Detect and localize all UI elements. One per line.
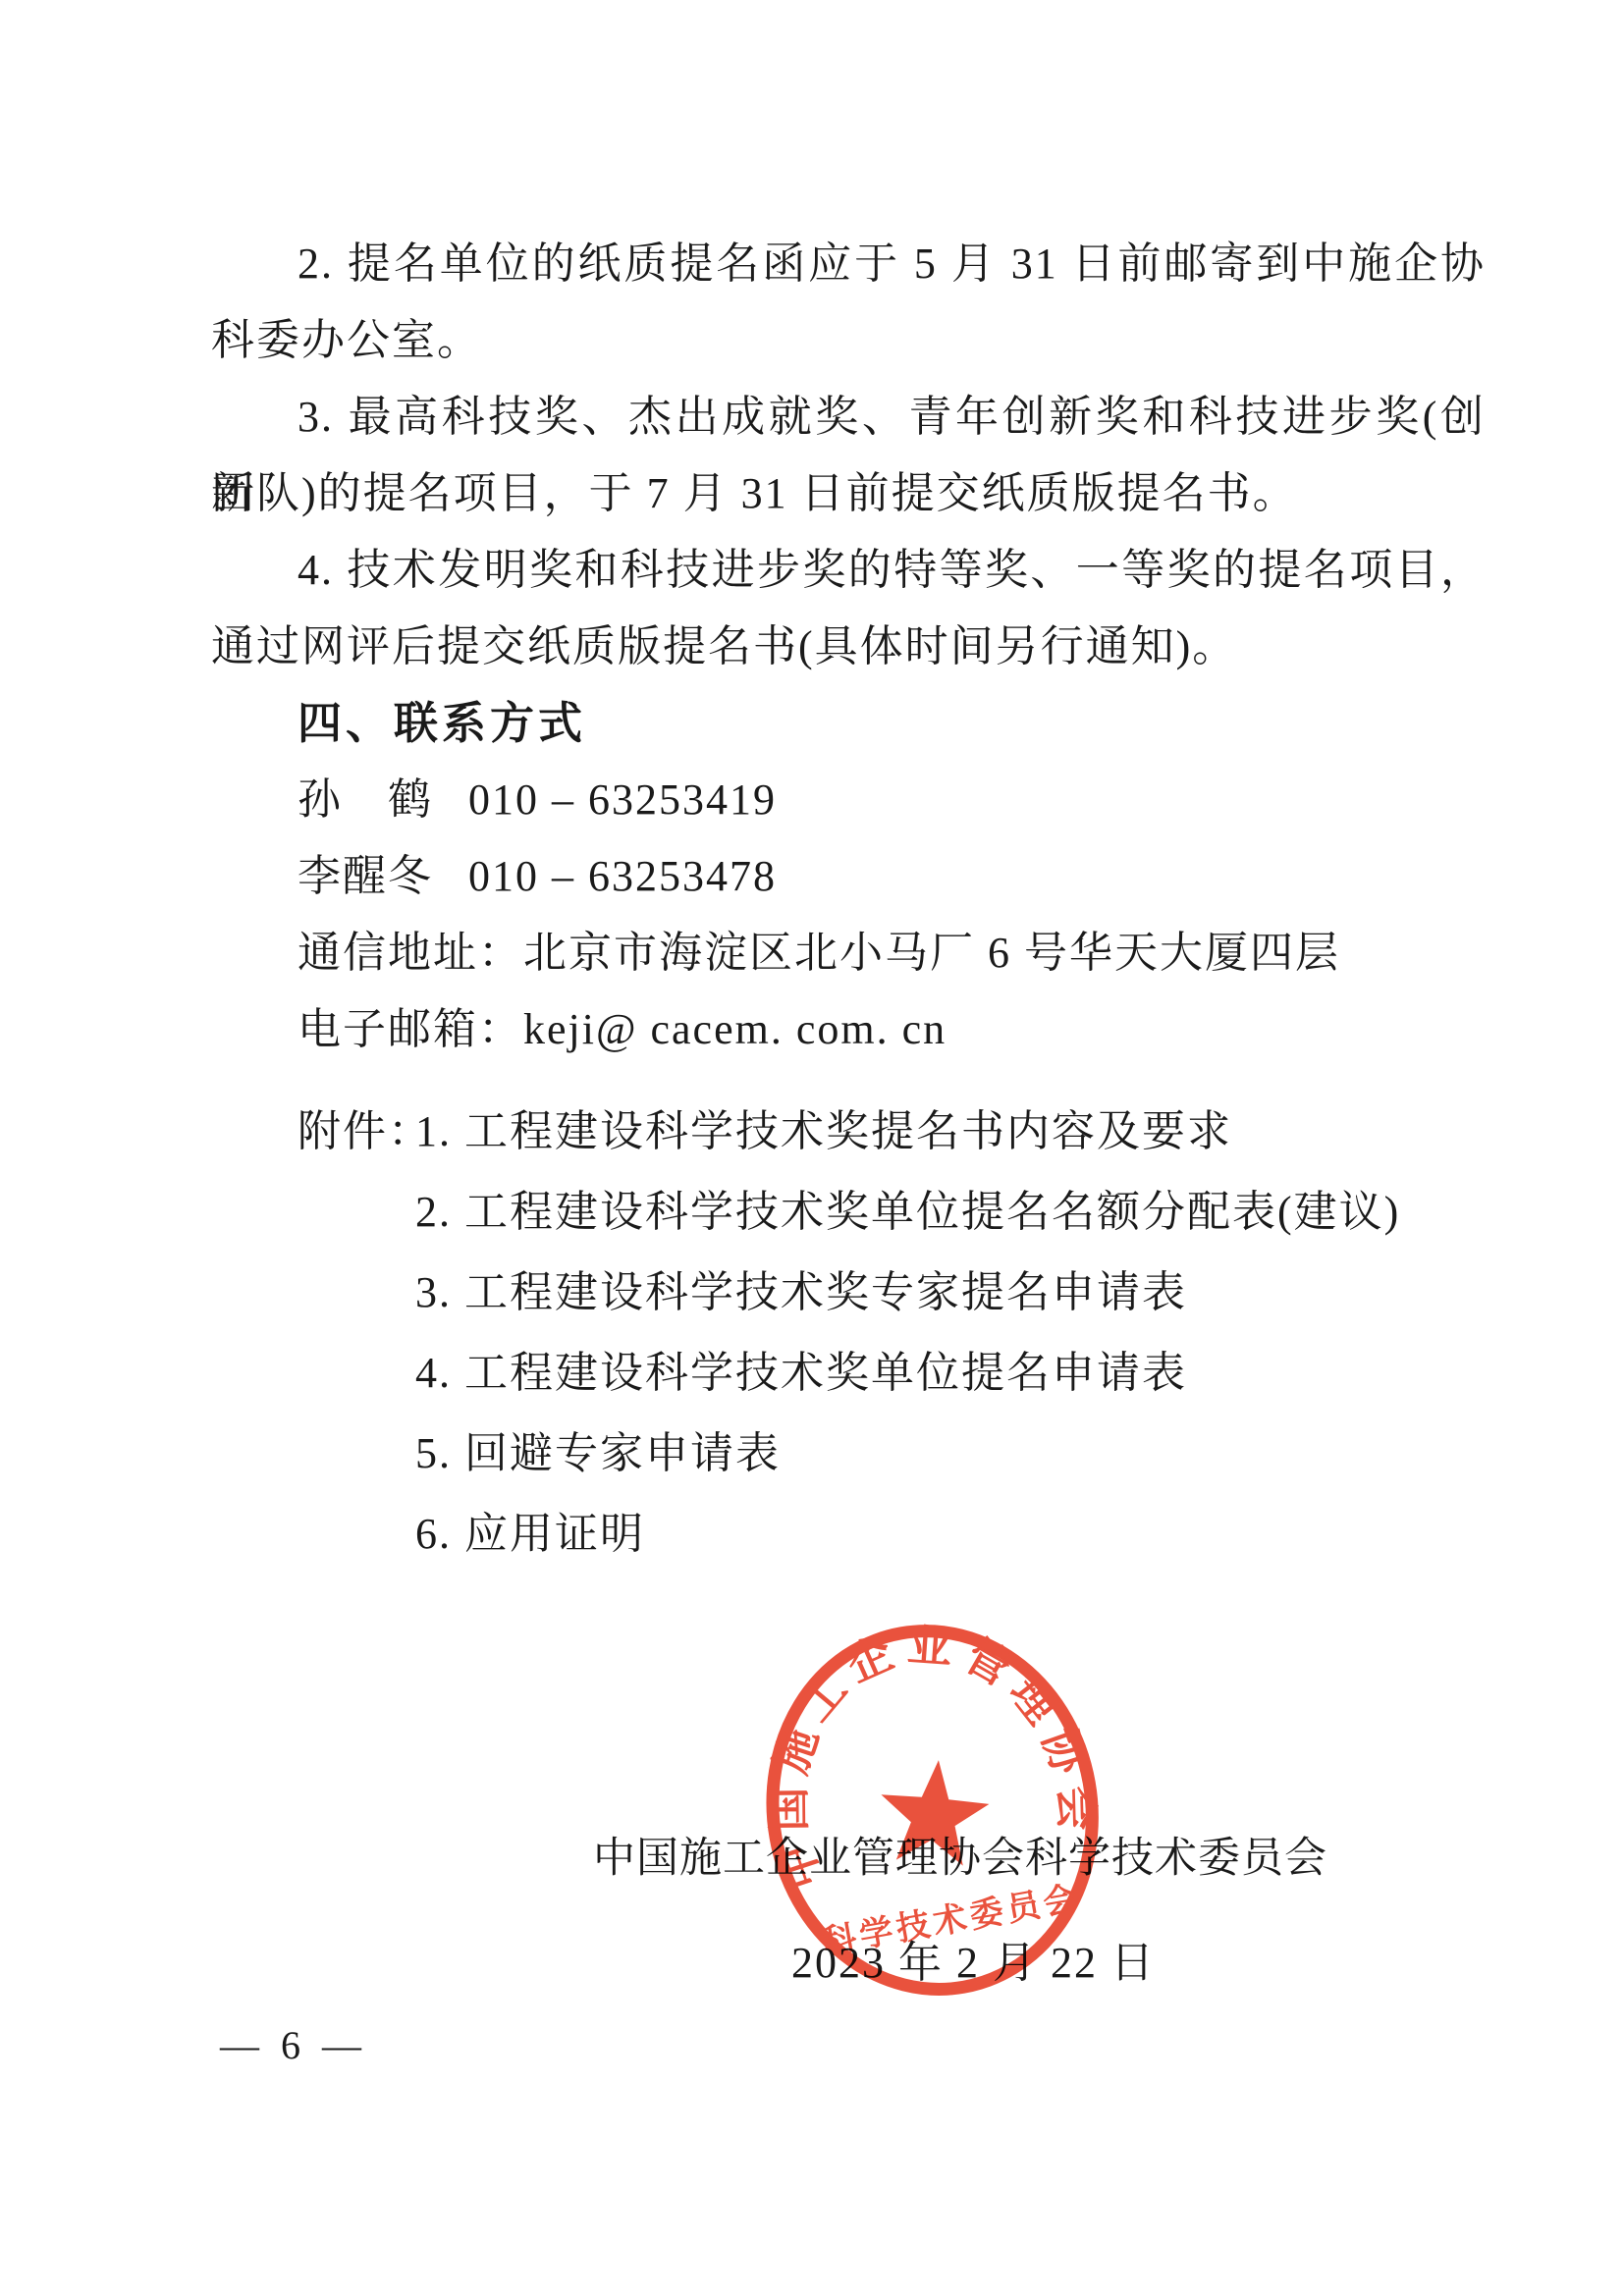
attachments-list: 附件：1. 工程建设科学技术奖提名书内容及要求 2. 工程建设科学技术奖单位提名… — [298, 1092, 1486, 1575]
contact-name: 孙 鹤 — [298, 762, 429, 838]
address-value: 北京市海淀区北小马厂 6 号华天大厦四层 — [523, 929, 1340, 977]
contact-line: 孙 鹤010 – 63253419 — [211, 762, 1486, 838]
issuer-signature: 中国施工企业管理协会科学技术委员会 — [593, 1832, 1327, 1887]
address-label: 通信地址： — [298, 929, 523, 977]
attachment-item: 3. 工程建设科学技术奖专家提名申请表 — [415, 1253, 1486, 1333]
attachment-line: 附件：1. 工程建设科学技术奖提名书内容及要求 — [298, 1092, 1486, 1172]
email-label: 电子邮箱： — [298, 1005, 523, 1053]
attachment-item: 5. 回避专家申请表 — [415, 1414, 1486, 1494]
paragraph-line: 2. 提名单位的纸质提名函应于 5 月 31 日前邮寄到中施企协 — [211, 226, 1486, 302]
issue-date: 2023 年 2 月 22 日 — [791, 1934, 1156, 1993]
attachment-item: 6. 应用证明 — [415, 1494, 1486, 1575]
page-number: — 6 — — [220, 2020, 367, 2071]
document-page: 2. 提名单位的纸质提名函应于 5 月 31 日前邮寄到中施企协 科委办公室。 … — [0, 0, 1623, 2296]
attachment-item: 2. 工程建设科学技术奖单位提名名额分配表(建议) — [415, 1172, 1486, 1253]
paragraph-line: 团队)的提名项目，于 7 月 31 日前提交纸质版提名书。 — [211, 455, 1486, 532]
document-body: 2. 提名单位的纸质提名函应于 5 月 31 日前邮寄到中施企协 科委办公室。 … — [211, 226, 1486, 1068]
attachment-item: 4. 工程建设科学技术奖单位提名申请表 — [415, 1333, 1486, 1414]
contact-line: 李醒冬010 – 63253478 — [211, 838, 1486, 915]
address-line: 通信地址：北京市海淀区北小马厂 6 号华天大厦四层 — [211, 915, 1486, 991]
email-value: keji@ cacem. com. cn — [523, 1005, 947, 1053]
contact-phone: 010 – 63253419 — [468, 775, 777, 824]
section-heading: 四、联系方式 — [211, 685, 1486, 762]
attachment-item: 1. 工程建设科学技术奖提名书内容及要求 — [415, 1107, 1232, 1155]
paragraph-line: 3. 最高科技奖、杰出成就奖、青年创新奖和科技进步奖(创新 — [211, 379, 1486, 455]
paragraph-line: 通过网评后提交纸质版提名书(具体时间另行通知)。 — [211, 609, 1486, 685]
attachments-label: 附件： — [298, 1092, 415, 1172]
contact-name: 李醒冬 — [298, 838, 429, 915]
paragraph-line: 4. 技术发明奖和科技进步奖的特等奖、一等奖的提名项目， — [211, 532, 1486, 609]
email-line: 电子邮箱：keji@ cacem. com. cn — [211, 991, 1486, 1068]
paragraph-line: 科委办公室。 — [211, 302, 1486, 379]
contact-phone: 010 – 63253478 — [468, 852, 777, 900]
